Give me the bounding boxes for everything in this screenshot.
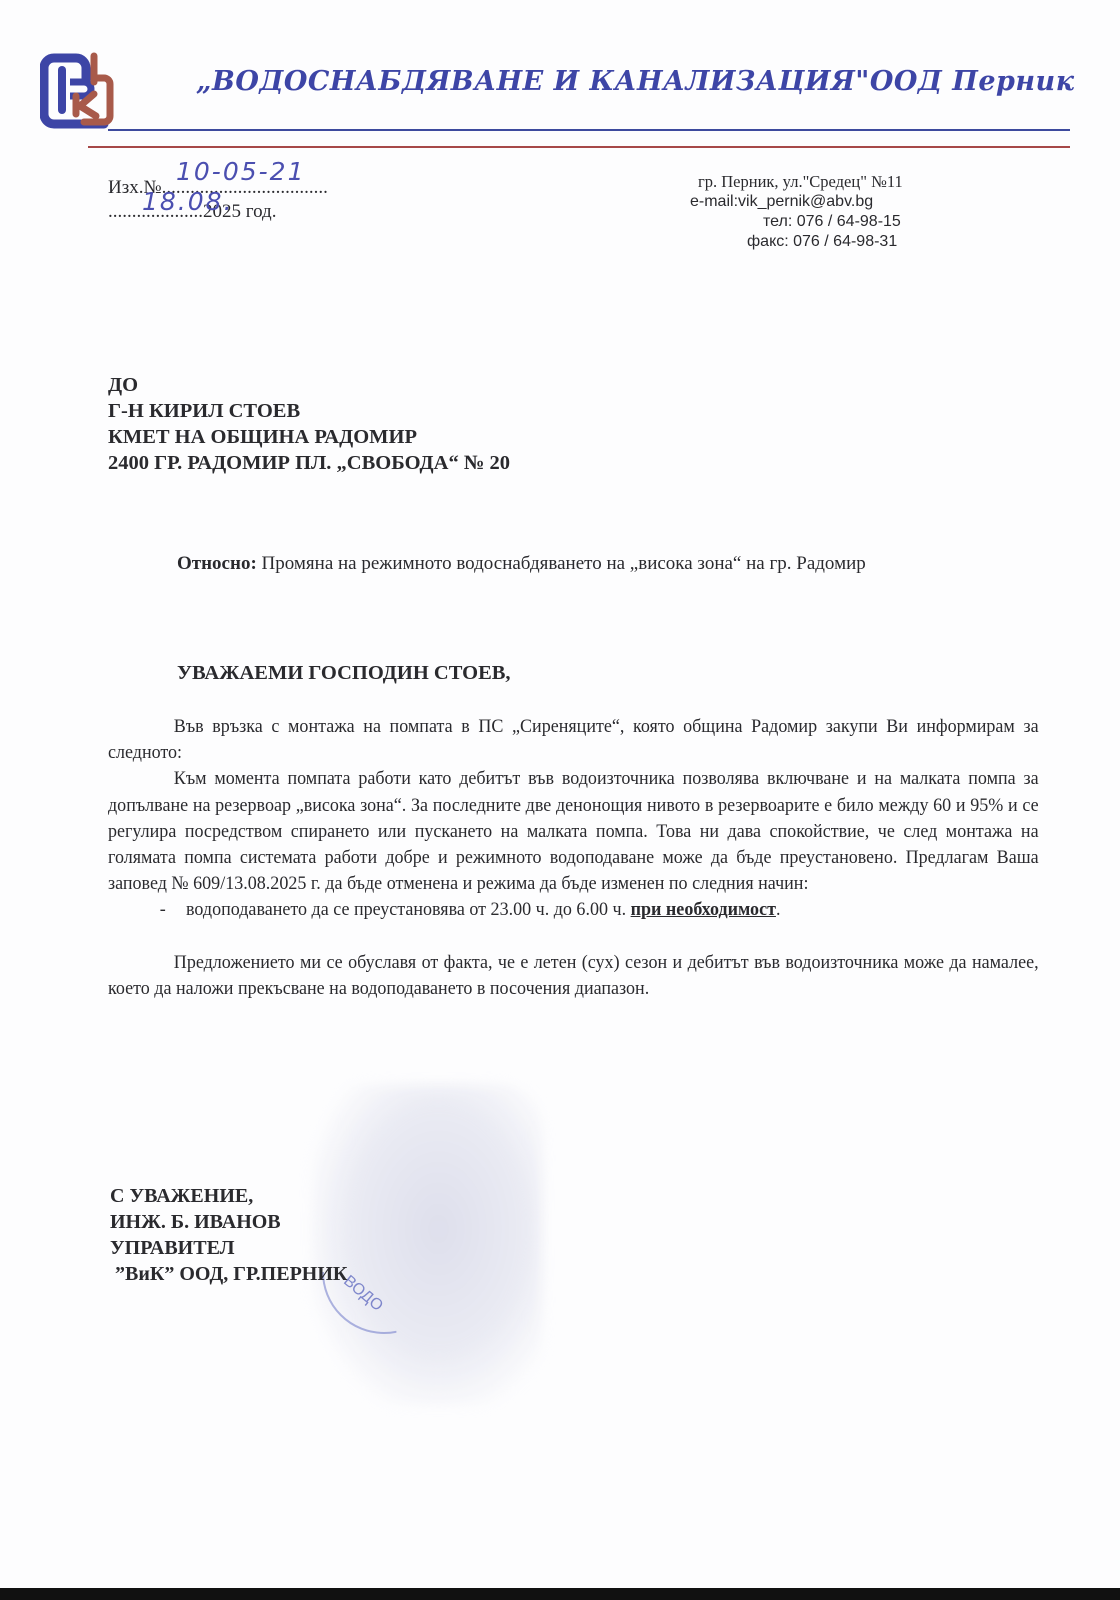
bullet-emphasis: при необходимост bbox=[631, 899, 776, 920]
signature-block: С УВАЖЕНИЕ, ИНЖ. Б. ИВАНОВ УПРАВИТЕЛ ”Ви… bbox=[110, 1183, 347, 1287]
body-paragraph: Към момента помпата работи като дебитът … bbox=[108, 766, 1039, 897]
handwritten-number: 10-05-21 bbox=[176, 157, 305, 186]
body-paragraph: Във връзка с монтажа на помпата в ПС „Си… bbox=[108, 714, 1039, 766]
body-paragraph: Предложението ми се обуславя от факта, ч… bbox=[108, 950, 1039, 1002]
address-phone: тел: 076 / 64-98-15 bbox=[690, 212, 950, 232]
recipient-line: КМЕТ НА ОБЩИНА РАДОМИР bbox=[108, 424, 510, 450]
bullet-item: - водоподаването да се преустановява от … bbox=[108, 897, 1039, 923]
recipient-block: ДО Г-Н КИРИЛ СТОЕВ КМЕТ НА ОБЩИНА РАДОМИ… bbox=[108, 372, 510, 476]
sender-address: гр. Перник, ул."Средец" №11 e-mail:vik_p… bbox=[690, 172, 950, 252]
subject-text: Промяна на режимното водоснабдяването на… bbox=[262, 553, 866, 574]
company-name: „ВОДОСНАБДЯВАНЕ И КАНАЛИЗАЦИЯ"ООД Перник bbox=[196, 66, 1096, 97]
signature-line: УПРАВИТЕЛ bbox=[110, 1235, 347, 1261]
bullet-dash: - bbox=[160, 897, 186, 923]
address-street: гр. Перник, ул."Средец" №11 bbox=[690, 172, 950, 192]
bullet-text: водоподаването да се преустановява от 23… bbox=[186, 899, 626, 920]
address-email: e-mail:vik_pernik@abv.bg bbox=[690, 192, 950, 212]
recipient-line: 2400 ГР. РАДОМИР ПЛ. „СВОБОДА“ № 20 bbox=[108, 450, 510, 476]
scan-edge bbox=[0, 1588, 1120, 1600]
header-rule-blue bbox=[108, 129, 1070, 131]
recipient-line: ДО bbox=[108, 372, 510, 398]
subject-label: Относно: bbox=[177, 553, 257, 574]
handwritten-date: 18.08. bbox=[142, 187, 234, 216]
subject-line: Относно: Промяна на режимното водоснабдя… bbox=[177, 553, 866, 575]
header-rule-red bbox=[88, 146, 1070, 148]
recipient-line: Г-Н КИРИЛ СТОЕВ bbox=[108, 398, 510, 424]
signature-line: С УВАЖЕНИЕ, bbox=[110, 1183, 347, 1209]
signature-line: ИНЖ. Б. ИВАНОВ bbox=[110, 1209, 347, 1235]
letter-body: Във връзка с монтажа на помпата в ПС „Си… bbox=[108, 714, 1039, 1002]
address-fax: факс: 076 / 64-98-31 bbox=[690, 232, 950, 252]
signature-line: ”ВиК” ООД, ГР.ПЕРНИК bbox=[110, 1261, 347, 1287]
vik-logo-icon bbox=[40, 52, 120, 134]
salutation: УВАЖАЕМИ ГОСПОДИН СТОЕВ, bbox=[177, 662, 511, 685]
